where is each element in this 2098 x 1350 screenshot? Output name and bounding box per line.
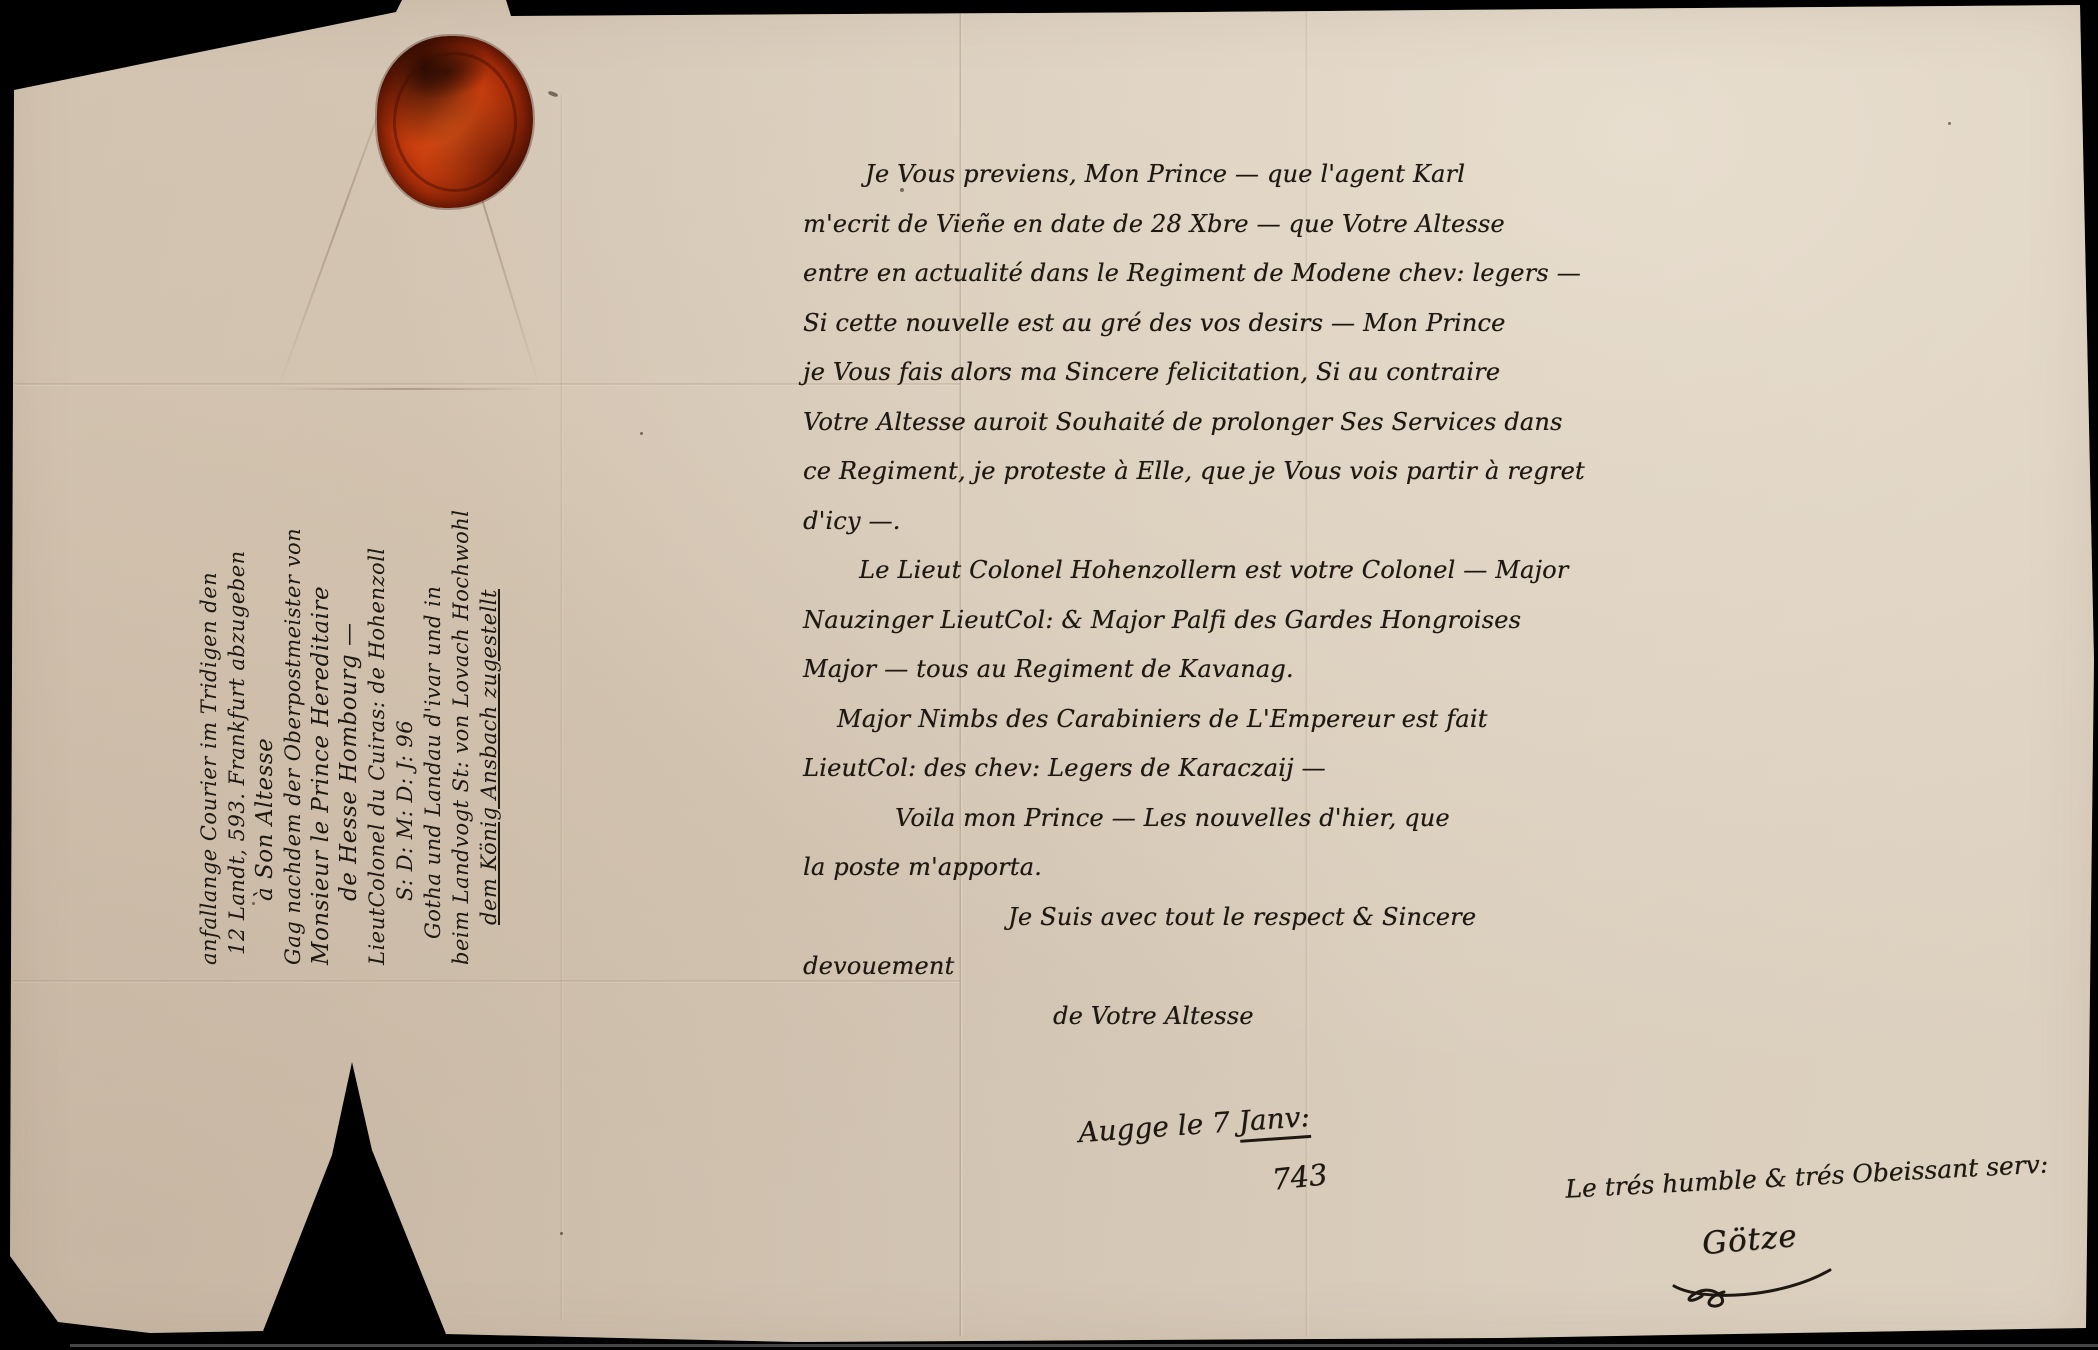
scan-edge-line: [70, 1344, 2098, 1347]
ink-speck: [252, 902, 255, 905]
address-line: 12 Landt, 593. Frankfurt abzugeben: [223, 395, 251, 965]
body-line: ce Regiment, je proteste à Elle, que je …: [803, 447, 1593, 497]
dateline-place: Augge le 7: [1077, 1106, 1231, 1150]
address-line: S: D: M: D: J: 96: [391, 395, 419, 965]
address-line: de Hesse Hombourg —: [335, 395, 363, 965]
address-line: anfallange Courier im Tridigen den: [195, 395, 223, 965]
body-line: devouement: [803, 942, 1593, 992]
fold-triangle-base: [272, 388, 540, 390]
signature-flourish: [1672, 1258, 1842, 1308]
ink-speck: [1948, 122, 1951, 125]
address-line: Gag nachdem der Oberpostmeister von: [279, 395, 307, 965]
address-line: LieutColonel du Cuiras: de Hohenzoll: [363, 395, 391, 965]
body-line: Major — tous au Regiment de Kavanag.: [803, 645, 1593, 695]
crease-vertical-left: [560, 95, 564, 1320]
letter-body: Je Vous previens, Mon Prince — que l'age…: [803, 150, 1593, 1041]
body-line: Je Vous previens, Mon Prince — que l'age…: [803, 150, 1593, 200]
ink-speck: [548, 90, 559, 97]
paper-sheet: anfallange Courier im Tridigen den 12 La…: [0, 0, 2098, 1350]
dateline-year: 743: [1270, 1157, 1329, 1197]
address-line: Gotha und Landau d'ivar und in: [419, 395, 447, 965]
body-line: d'icy —.: [803, 497, 1593, 547]
scan-background: anfallange Courier im Tridigen den 12 La…: [0, 0, 2098, 1350]
body-line: Je Suis avec tout le respect & Sincere: [803, 893, 1593, 943]
body-line: Nauzinger LieutCol: & Major Palfi des Ga…: [803, 596, 1593, 646]
body-line: Voila mon Prince — Les nouvelles d'hier,…: [803, 794, 1593, 844]
body-line: Le Lieut Colonel Hohenzollern est votre …: [803, 546, 1593, 596]
body-line: LieutCol: des chev: Legers de Karaczaij …: [803, 744, 1593, 794]
body-line: Major Nimbs des Carabiniers de L'Empereu…: [803, 695, 1593, 745]
address-panel: anfallange Courier im Tridigen den 12 La…: [195, 395, 505, 965]
ink-speck: [900, 188, 904, 192]
ink-speck: [560, 1232, 563, 1235]
address-line: beim Landvogt St: von Lovach Hochwohl: [447, 395, 475, 965]
body-line: je Vous fais alors ma Sincere felicitati…: [803, 348, 1593, 398]
body-line: Si cette nouvelle est au gré des vos des…: [803, 299, 1593, 349]
body-line: entre en actualité dans le Regiment de M…: [803, 249, 1593, 299]
address-line: dem König Ansbach zugestellt: [475, 395, 503, 965]
body-line: Votre Altesse auroit Souhaité de prolong…: [803, 398, 1593, 448]
signature: Götze: [1701, 1218, 1799, 1262]
wax-seal: [377, 36, 533, 208]
address-line: à Son Altesse: [251, 395, 279, 965]
body-line: m'ecrit de Vieñe en date de 28 Xbre — qu…: [803, 200, 1593, 250]
address-line: Monsieur le Prince Hereditaire: [307, 395, 335, 965]
valediction: Le trés humble & trés Obeissant serv:: [1565, 1149, 2049, 1203]
dateline: Augge le 7 Janv:: [1077, 1100, 1311, 1149]
body-line: de Votre Altesse: [803, 992, 1593, 1042]
ink-speck: [640, 432, 643, 435]
dateline-month: Janv:: [1237, 1100, 1311, 1143]
body-line: la poste m'apporta.: [803, 843, 1593, 893]
